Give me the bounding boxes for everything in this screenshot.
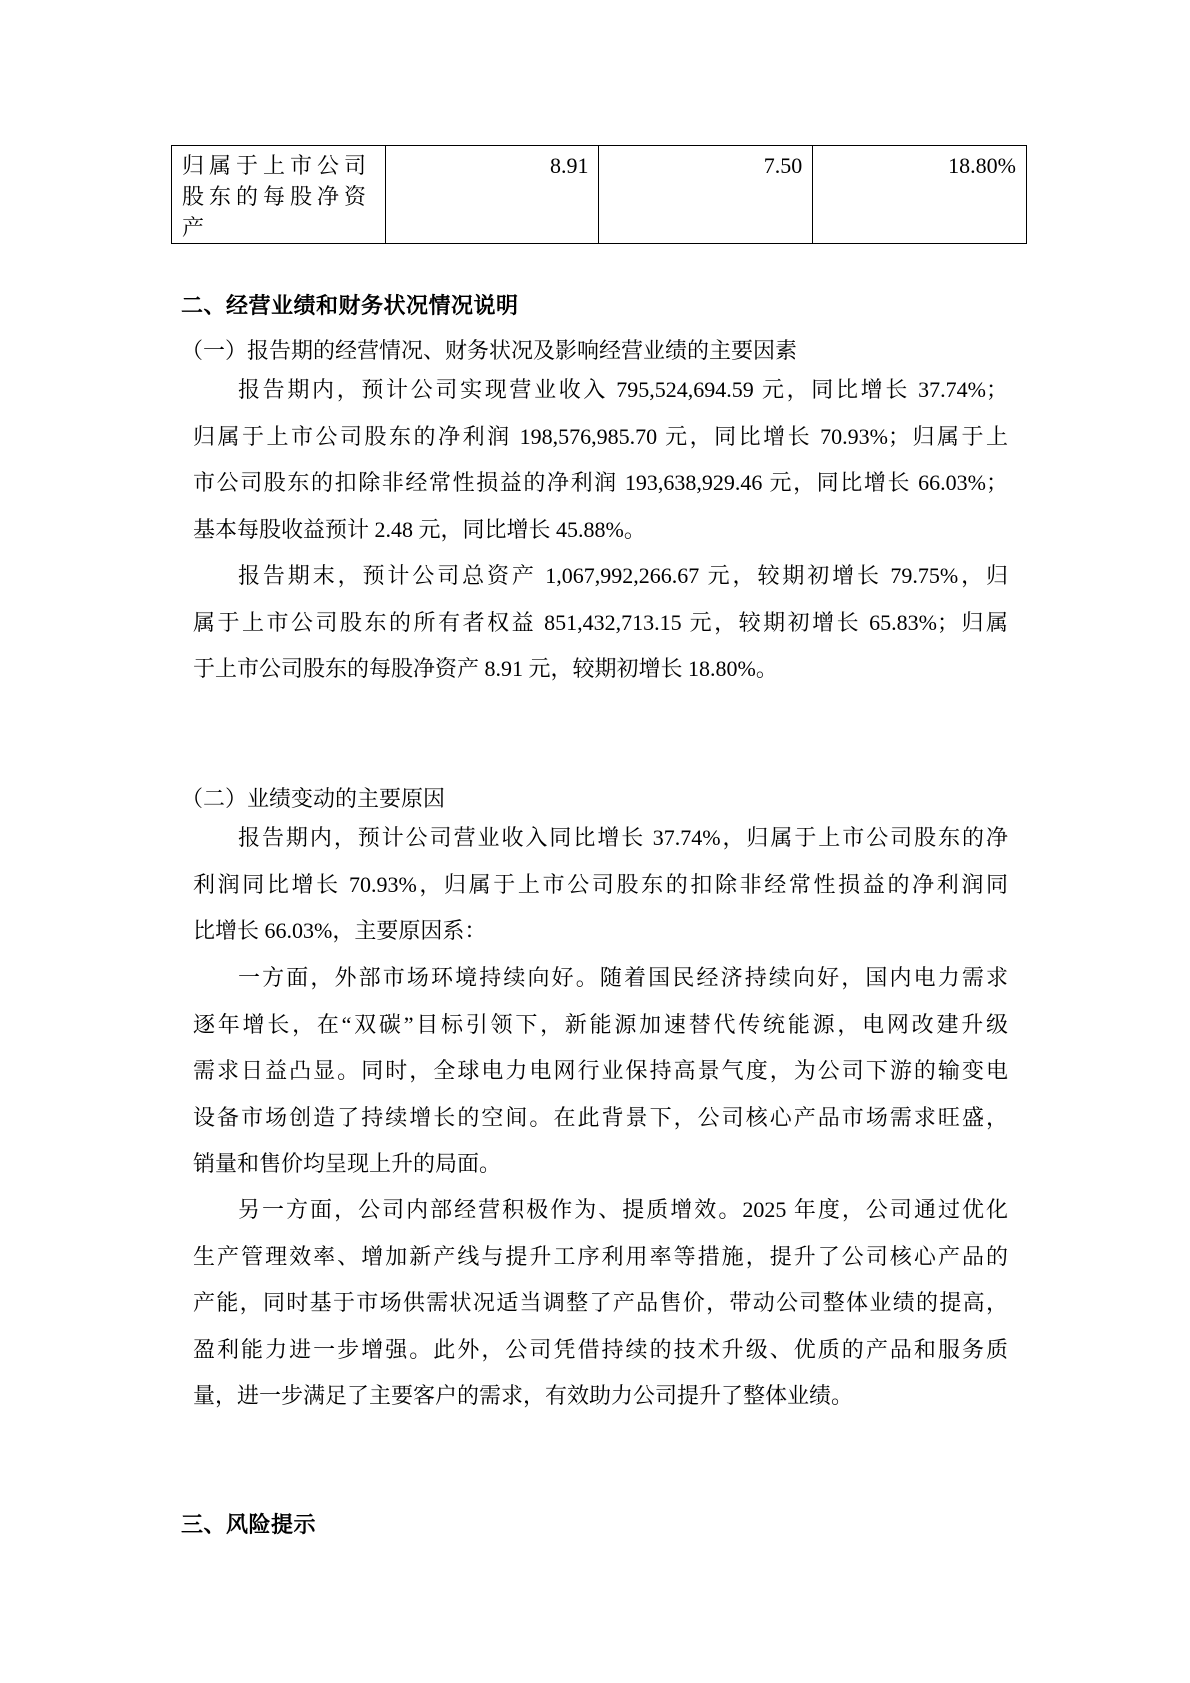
subsection-heading: （一）报告期的经营情况、财务状况及影响经营业绩的主要因素 <box>181 334 797 365</box>
table-cell-label: 归属于上市公司 股东的每股净资 产 <box>172 146 386 244</box>
paragraph: 报告期末，预计公司总资产 1,067,992,266.67 元，较期初增长 79… <box>193 553 1008 693</box>
paragraph-line: 量，进一步满足了主要客户的需求，有效助力公司提升了整体业绩。 <box>193 1373 1008 1420</box>
paragraph-line: 设备市场创造了持续增长的空间。在此背景下，公司核心产品市场需求旺盛， <box>193 1095 1008 1142</box>
paragraph-line: 报告期末，预计公司总资产 1,067,992,266.67 元，较期初增长 79… <box>193 553 1008 600</box>
document-page: 归属于上市公司 股东的每股净资 产 8.91 7.50 18.80% 二、经营业… <box>0 0 1190 1683</box>
paragraph: 另一方面，公司内部经营积极作为、提质增效。2025 年度，公司通过优化 生产管理… <box>193 1187 1008 1420</box>
section-heading: 二、经营业绩和财务状况情况说明 <box>181 289 519 320</box>
paragraph-line: 归属于上市公司股东的净利润 198,576,985.70 元，同比增长 70.9… <box>193 414 1008 461</box>
paragraph-line: 市公司股东的扣除非经常性损益的净利润 193,638,929.46 元，同比增长… <box>193 460 1008 507</box>
paragraph-line: 一方面，外部市场环境持续向好。随着国民经济持续向好，国内电力需求 <box>193 955 1008 1002</box>
subsection-heading: （二）业绩变动的主要原因 <box>181 782 445 813</box>
paragraph-line: 基本每股收益预计 2.48 元，同比增长 45.88%。 <box>193 507 1008 554</box>
paragraph-line: 属于上市公司股东的所有者权益 851,432,713.15 元，较期初增长 65… <box>193 600 1008 647</box>
paragraph-line: 利润同比增长 70.93%，归属于上市公司股东的扣除非经常性损益的净利润同 <box>193 862 1008 909</box>
paragraph-line: 比增长 66.03%，主要原因系： <box>193 908 1008 955</box>
paragraph-line: 产能，同时基于市场供需状况适当调整了产品售价，带动公司整体业绩的提高， <box>193 1280 1008 1327</box>
section-heading: 三、风险提示 <box>181 1508 316 1539</box>
paragraph-line: 生产管理效率、增加新产线与提升工序利用率等措施，提升了公司核心产品的 <box>193 1234 1008 1281</box>
paragraph-line: 销量和售价均呈现上升的局面。 <box>193 1141 1008 1188</box>
paragraph-line: 需求日益凸显。同时，全球电力电网行业保持高景气度，为公司下游的输变电 <box>193 1048 1008 1095</box>
label-line: 归属于上市公司 <box>182 150 375 181</box>
paragraph: 报告期内，预计公司营业收入同比增长 37.74%，归属于上市公司股东的净 利润同… <box>193 815 1008 955</box>
table-cell-change: 18.80% <box>813 146 1027 244</box>
paragraph: 一方面，外部市场环境持续向好。随着国民经济持续向好，国内电力需求 逐年增长，在“… <box>193 955 1008 1188</box>
table-cell-previous: 7.50 <box>599 146 813 244</box>
paragraph-line: 逐年增长，在“双碳”目标引领下，新能源加速替代传统能源，电网改建升级 <box>193 1002 1008 1049</box>
paragraph-line: 盈利能力进一步增强。此外，公司凭借持续的技术升级、优质的产品和服务质 <box>193 1327 1008 1374</box>
label-line: 产 <box>182 212 375 243</box>
paragraph-line: 于上市公司股东的每股净资产 8.91 元，较期初增长 18.80%。 <box>193 646 1008 693</box>
paragraph: 报告期内，预计公司实现营业收入 795,524,694.59 元，同比增长 37… <box>193 367 1008 553</box>
paragraph-line: 报告期内，预计公司实现营业收入 795,524,694.59 元，同比增长 37… <box>193 367 1008 414</box>
label-line: 股东的每股净资 <box>182 181 375 212</box>
paragraph-line: 报告期内，预计公司营业收入同比增长 37.74%，归属于上市公司股东的净 <box>193 815 1008 862</box>
paragraph-line: 另一方面，公司内部经营积极作为、提质增效。2025 年度，公司通过优化 <box>193 1187 1008 1234</box>
financial-table: 归属于上市公司 股东的每股净资 产 8.91 7.50 18.80% <box>171 145 1027 244</box>
table-cell-current: 8.91 <box>385 146 599 244</box>
table-row: 归属于上市公司 股东的每股净资 产 8.91 7.50 18.80% <box>172 146 1027 244</box>
